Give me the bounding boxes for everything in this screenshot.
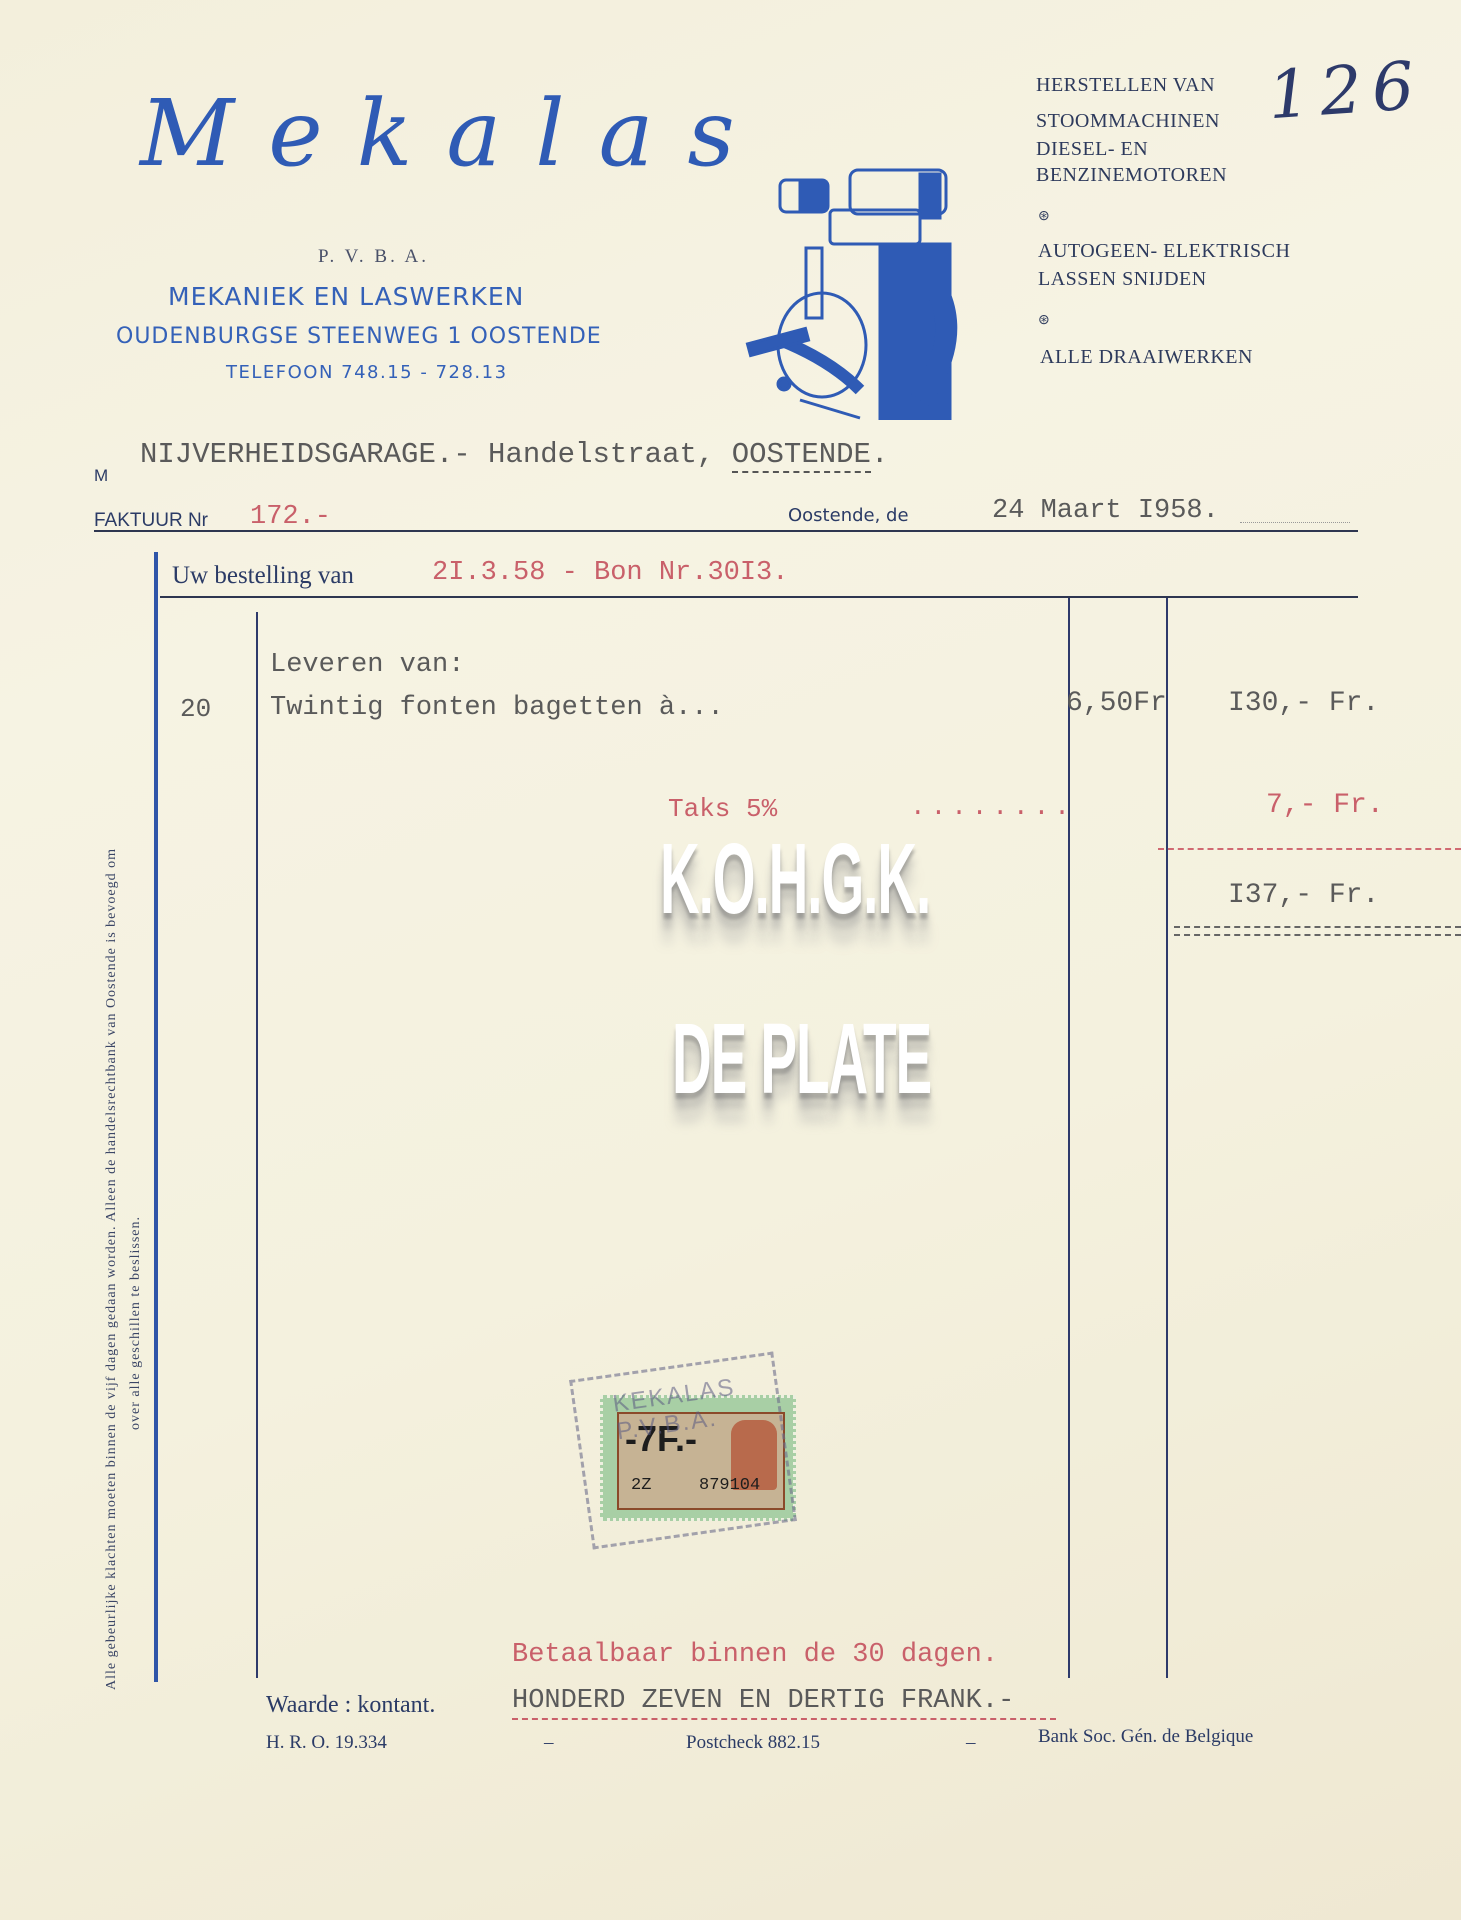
services-line: DIESEL- EN [1036,136,1148,162]
footer-bank: Bank Soc. Gén. de Belgique [1038,1726,1253,1748]
services-line: LASSEN SNIJDEN [1038,266,1207,292]
watermark-line1: K.O.H.G.K. [660,822,930,937]
invoice-date: 24 Maart I958. [992,496,1219,526]
amount-column-divider [1166,598,1168,1678]
tax-amount: 7,- Fr. [1266,790,1384,821]
addressee-prefix: M [94,466,108,486]
side-note: Alle gebeurlijke klachten moeten binnen … [100,730,148,1690]
tax-dots: ........ [910,792,1075,822]
order-label: Uw bestelling van [172,562,354,590]
invoice-date-label: Oostende, de [788,505,909,526]
item-quantity: 20 [180,694,211,724]
footer-separator: – [544,1732,554,1754]
item-description: Twintig fonten bagetten à... [270,693,724,723]
subtotal-rule [1158,848,1461,850]
unit-column-divider [1068,598,1070,1678]
services-line: HERSTELLEN VAN [1036,72,1215,98]
item-amount: I30,- Fr. [1228,688,1379,719]
addressee-city: OOSTENDE [732,438,871,473]
handwritten-number: 126 [1266,47,1427,135]
value-label: Waarde : kontant. [266,1692,435,1719]
services-line: STOOMMACHINEN [1036,108,1220,134]
company-tagline: MEKANIEK EN LASWERKEN [168,282,524,311]
amount-in-words: HONDERD ZEVEN EN DERTIG FRANK.- [512,1686,1014,1716]
side-note-line1: Alle gebeurlijke klachten moeten binnen … [100,730,124,1690]
invoice-number: 172.- [250,502,331,532]
item-unit-price: 6,50Fr [1066,688,1167,719]
footer-hro: H. R. O. 19.334 [266,1732,387,1754]
footer-separator: – [966,1732,976,1754]
services-line: ALLE DRAAIWERKEN [1040,344,1253,370]
order-rule [160,596,1358,598]
total-double-rule [1174,926,1461,936]
addressee: NIJVERHEIDSGARAGE.- Handelstraat, OOSTEN… [140,438,888,471]
company-address: OUDENBURGSE STEENWEG 1 OOSTENDE [116,324,602,349]
tax-label: Taks 5% [668,794,777,824]
watermark-line2: DE PLATE [672,1002,931,1117]
legal-form: P. V. B. A. [318,246,429,268]
addressee-suffix: . [871,438,888,471]
invoice-number-label: FAKTUUR Nr [94,510,208,532]
footer-postcheck: Postcheck 882.15 [686,1732,820,1754]
company-phone: TELEFOON 748.15 - 728.13 [226,362,508,383]
payment-terms: Betaalbaar binnen de 30 dagen. [512,1640,998,1670]
company-logo: Mekalas [140,80,769,187]
amount-underline [512,1718,1056,1720]
side-note-line2: over alle geschillen te beslissen. [124,730,148,1690]
services-line: BENZINEMOTOREN [1036,162,1227,188]
revenue-stamp: -7F.- 2Z 879104 KEKALAS P.V.B.A. [580,1365,810,1545]
table-left-border [154,552,158,1682]
services-line: AUTOGEEN- ELEKTRISCH [1038,238,1290,264]
date-dotted-line [1240,522,1350,523]
ornament-icon: ⊛ [1038,312,1050,329]
order-reference: 2I.3.58 - Bon Nr.30I3. [432,558,788,588]
header-rule [94,530,1358,532]
engine-icon [740,160,970,420]
ornament-icon: ⊛ [1038,208,1050,225]
total-amount: I37,- Fr. [1228,880,1379,911]
item-heading: Leveren van: [270,650,464,680]
qty-column-divider [256,612,258,1678]
addressee-name: NIJVERHEIDSGARAGE.- Handelstraat, [140,438,732,471]
